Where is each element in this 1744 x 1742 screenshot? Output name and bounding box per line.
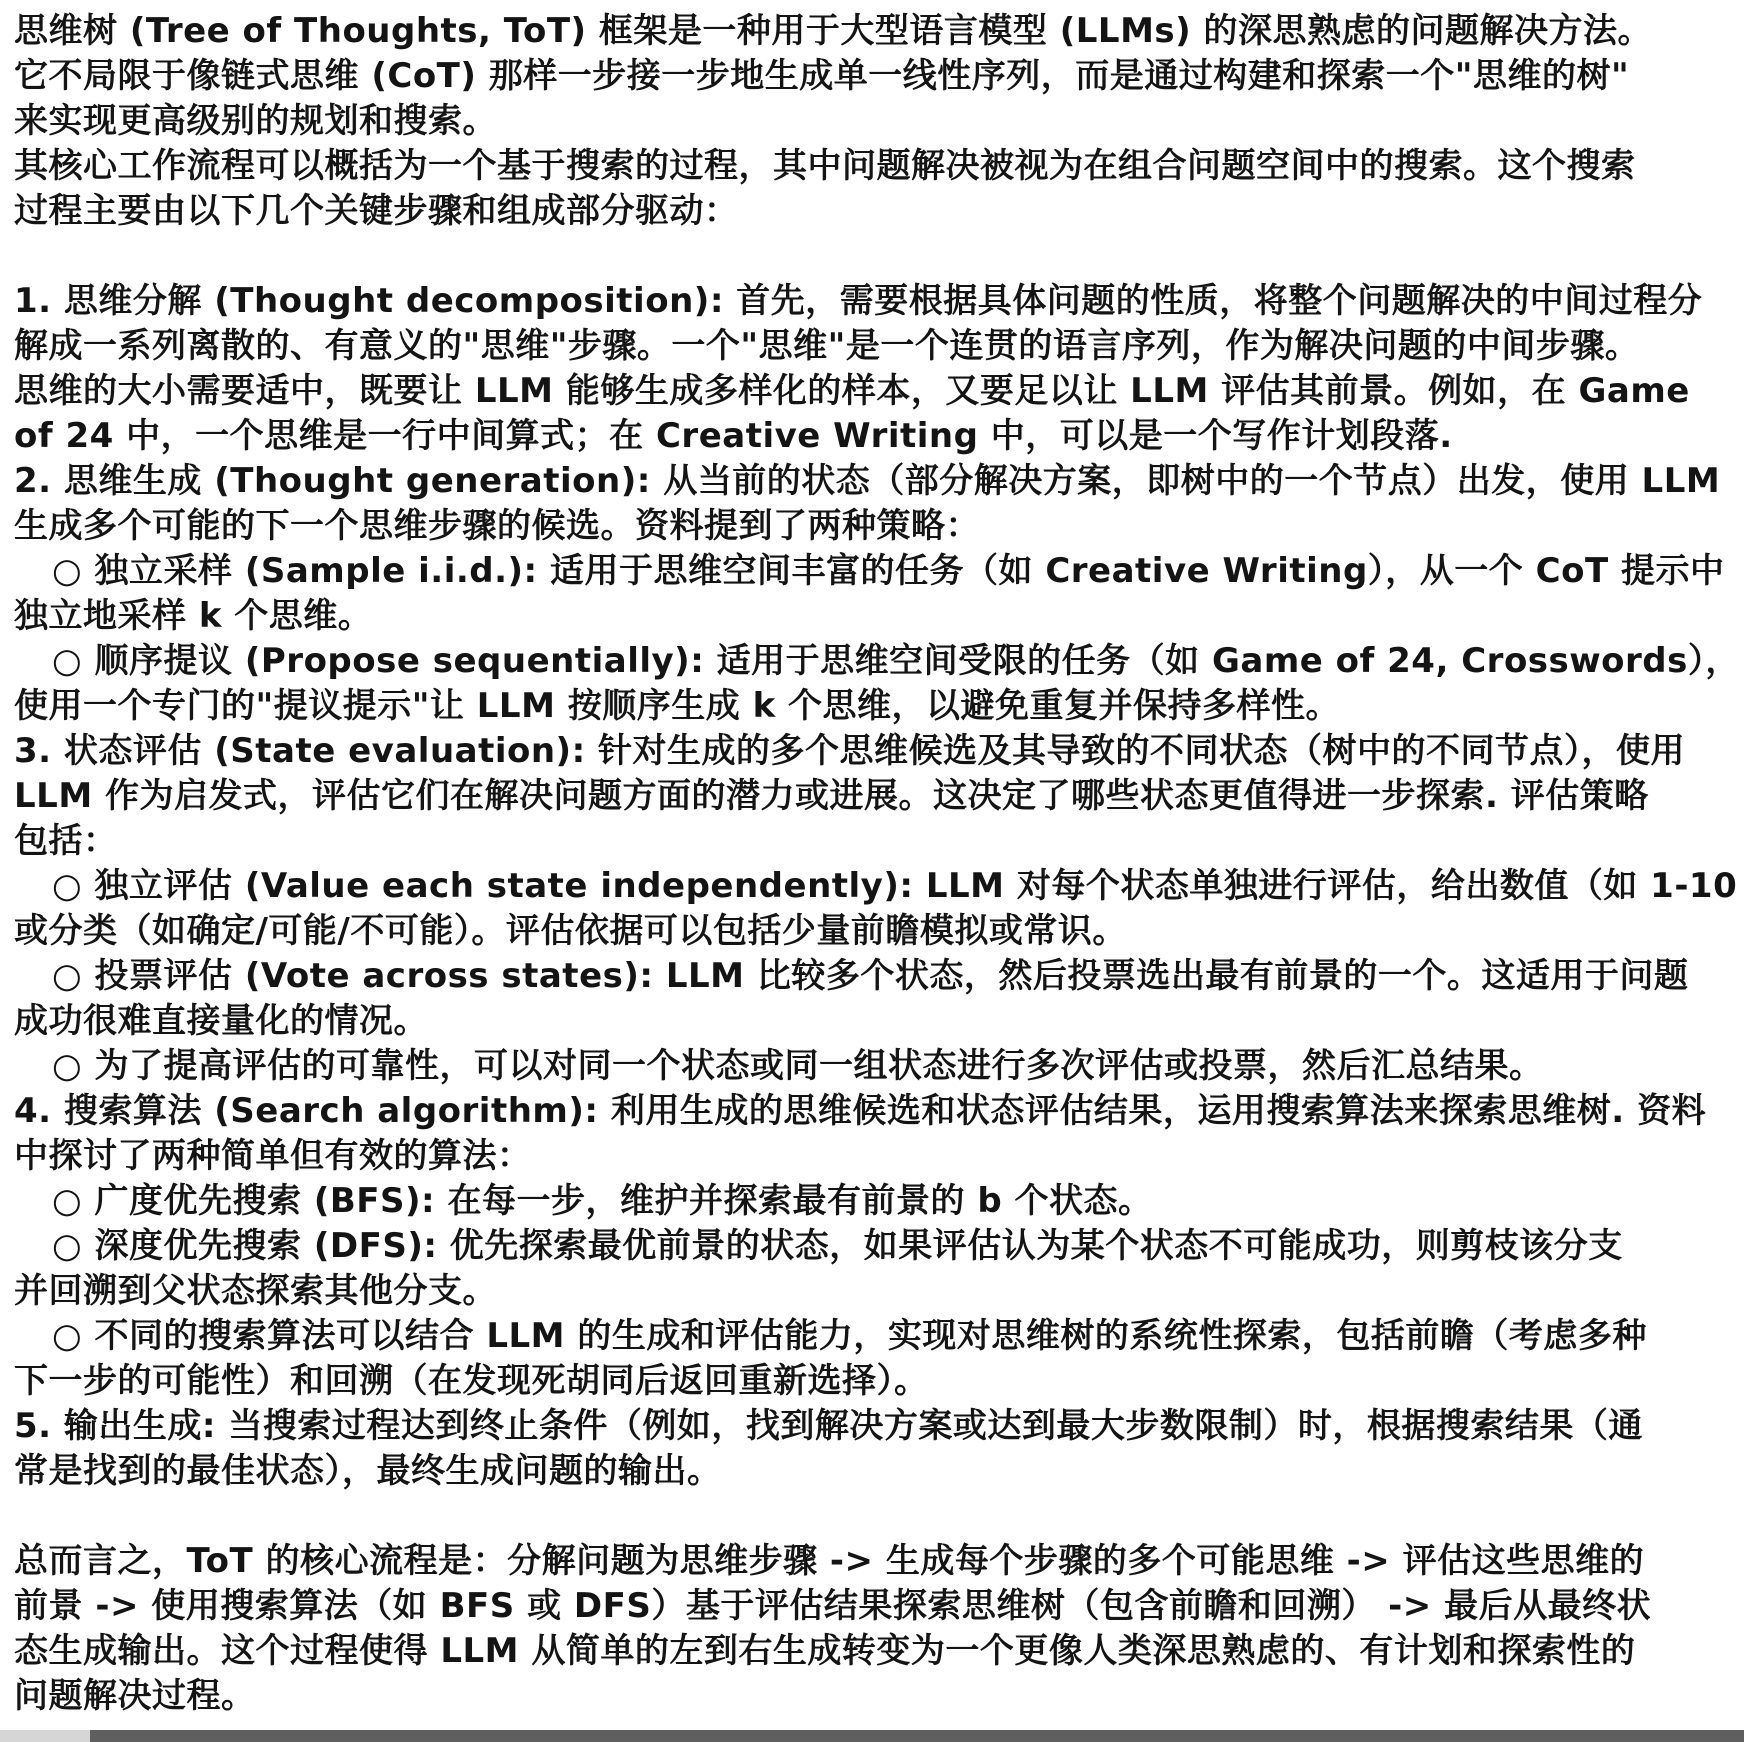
text-line: 态生成输出。这个过程使得 LLM 从简单的左到右生成转变为一个更像人类深思熟虑的… [14,1629,1738,1674]
text-line: 下一步的可能性）和回溯（在发现死胡同后返回重新选择）。 [14,1359,1738,1404]
text-line: 1. 思维分解 (Thought decomposition): 首先，需要根据… [14,279,1738,324]
text-line: 总而言之，ToT 的核心流程是：分解问题为思维步骤 -> 生成每个步骤的多个可能… [14,1539,1738,1584]
text-line: 中探讨了两种简单但有效的算法： [14,1134,1738,1179]
note-document: 思维树 (Tree of Thoughts, ToT) 框架是一种用于大型语言模… [0,0,1744,1742]
text-line: 5. 输出生成: 当搜索过程达到终止条件（例如，找到解决方案或达到最大步数限制）… [14,1404,1738,1449]
blank-line [14,1494,1738,1539]
blank-line [14,234,1738,279]
text-line: ○ 独立采样 (Sample i.i.d.): 适用于思维空间丰富的任务（如 C… [14,549,1738,594]
text-line: 生成多个可能的下一个思维步骤的候选。资料提到了两种策略： [14,504,1738,549]
text-line: 并回溯到父状态探索其他分支。 [14,1269,1738,1314]
text-line: ○ 顺序提议 (Propose sequentially): 适用于思维空间受限… [14,639,1738,684]
text-line: 包括： [14,819,1738,864]
bottom-edge-bar-light-segment [0,1730,90,1742]
text-line: of 24 中，一个思维是一行中间算式；在 Creative Writing 中… [14,414,1738,459]
text-line: 成功很难直接量化的情况。 [14,999,1738,1044]
text-line: 解成一系列离散的、有意义的"思维"步骤。一个"思维"是一个连贯的语言序列，作为解… [14,324,1738,369]
text-line: 过程主要由以下几个关键步骤和组成部分驱动： [14,189,1738,234]
text-line: ○ 不同的搜索算法可以结合 LLM 的生成和评估能力，实现对思维树的系统性探索，… [14,1314,1738,1359]
text-line: 其核心工作流程可以概括为一个基于搜索的过程，其中问题解决被视为在组合问题空间中的… [14,144,1738,189]
text-line: 4. 搜索算法 (Search algorithm): 利用生成的思维候选和状态… [14,1089,1738,1134]
text-line: ○ 深度优先搜索 (DFS): 优先探索最优前景的状态，如果评估认为某个状态不可… [14,1224,1738,1269]
text-line: 3. 状态评估 (State evaluation): 针对生成的多个思维候选及… [14,729,1738,774]
text-line: ○ 为了提高评估的可靠性，可以对同一个状态或同一组状态进行多次评估或投票，然后汇… [14,1044,1738,1089]
text-line: 问题解决过程。 [14,1674,1738,1719]
text-line: 2. 思维生成 (Thought generation): 从当前的状态（部分解… [14,459,1738,504]
text-line: 独立地采样 k 个思维。 [14,594,1738,639]
text-line: ○ 广度优先搜索 (BFS): 在每一步，维护并探索最有前景的 b 个状态。 [14,1179,1738,1224]
text-line: 前景 -> 使用搜索算法（如 BFS 或 DFS）基于评估结果探索思维树（包含前… [14,1584,1738,1629]
document-text: 思维树 (Tree of Thoughts, ToT) 框架是一种用于大型语言模… [14,9,1738,1719]
text-line: 常是找到的最佳状态），最终生成问题的输出。 [14,1449,1738,1494]
text-line: 来实现更高级别的规划和搜索。 [14,99,1738,144]
text-line: ○ 投票评估 (Vote across states): LLM 比较多个状态，… [14,954,1738,999]
text-line: ○ 独立评估 (Value each state independently):… [14,864,1738,909]
text-line: 思维的大小需要适中，既要让 LLM 能够生成多样化的样本，又要足以让 LLM 评… [14,369,1738,414]
text-line: 它不局限于像链式思维 (CoT) 那样一步接一步地生成单一线性序列，而是通过构建… [14,54,1738,99]
text-line: 或分类（如确定/可能/不可能）。评估依据可以包括少量前瞻模拟或常识。 [14,909,1738,954]
text-line: 思维树 (Tree of Thoughts, ToT) 框架是一种用于大型语言模… [14,9,1738,54]
bottom-edge-bar [0,1730,1744,1742]
text-line: 使用一个专门的"提议提示"让 LLM 按顺序生成 k 个思维，以避免重复并保持多… [14,684,1738,729]
text-line: LLM 作为启发式，评估它们在解决问题方面的潜力或进展。这决定了哪些状态更值得进… [14,774,1738,819]
